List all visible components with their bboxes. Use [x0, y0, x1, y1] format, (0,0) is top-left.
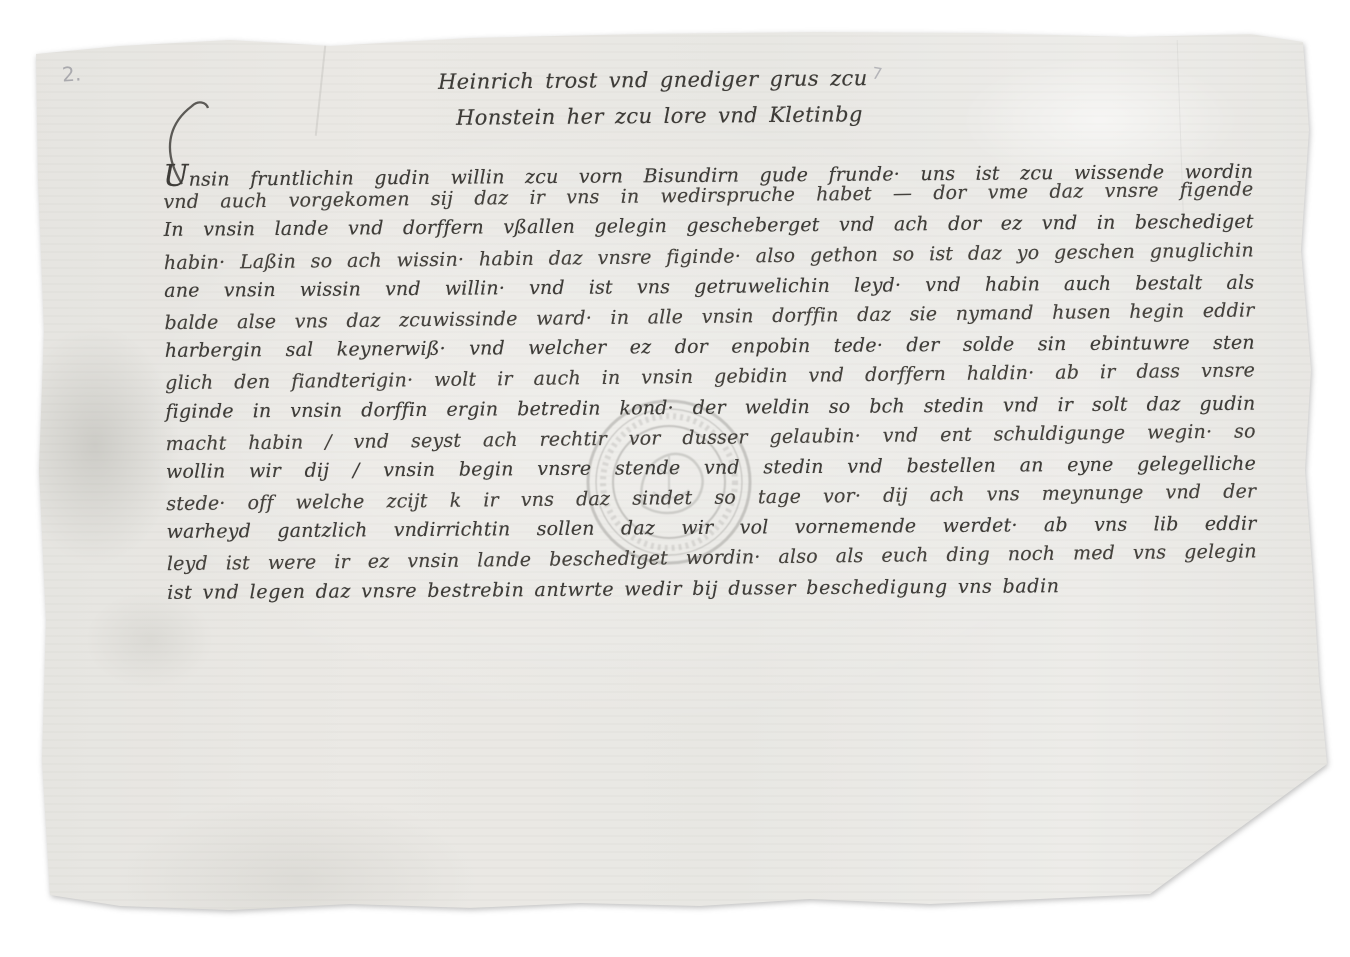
manuscript-paper: 2. 7 Heinrich trost vnd gnediger grus zc…	[0, 0, 1350, 957]
paper-shadow: 2. 7 Heinrich trost vnd gnediger grus zc…	[0, 0, 1350, 957]
letter-body: Unsin fruntlichin gudin willin zcu vorn …	[163, 150, 1257, 613]
heading-line-1: Heinrich trost vnd gnediger grus zcu	[438, 66, 868, 94]
paper-crease	[315, 36, 327, 136]
heading-line-2: Honstein her zcu lore vnd Kletinbg	[456, 102, 863, 130]
faint-corner-mark: 7	[871, 63, 884, 83]
folio-number: 2.	[61, 61, 82, 86]
scanned-page: 2. 7 Heinrich trost vnd gnediger grus zc…	[0, 0, 1350, 957]
